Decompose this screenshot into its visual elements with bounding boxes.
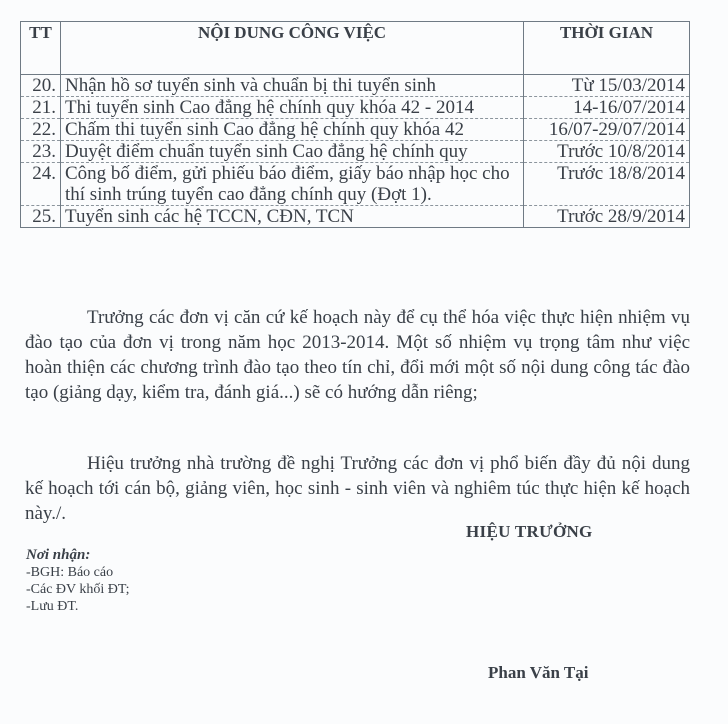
row-content: Duyệt điểm chuẩn tuyển sinh Cao đẳng hệ … [61, 141, 524, 163]
row-number: 20. [21, 75, 61, 97]
row-content: Thi tuyển sinh Cao đẳng hệ chính quy khó… [61, 97, 524, 119]
row-number: 21. [21, 97, 61, 119]
schedule-table: TT NỘI DUNG CÔNG VIỆC THỜI GIAN 20. Nhận… [20, 21, 690, 228]
header-time: THỜI GIAN [524, 22, 690, 75]
row-number: 25. [21, 206, 61, 228]
header-content: NỘI DUNG CÔNG VIỆC [61, 22, 524, 75]
row-time: 14-16/07/2014 [524, 97, 690, 119]
row-content: Chấm thi tuyển sinh Cao đẳng hệ chính qu… [61, 119, 524, 141]
recipient-item: -Các ĐV khối ĐT; [26, 581, 130, 598]
row-time: Trước 28/9/2014 [524, 206, 690, 228]
row-content: Công bố điểm, gửi phiếu báo điểm, giấy b… [61, 163, 524, 206]
body-paragraph-1: Trưởng các đơn vị căn cứ kế hoạch này để… [25, 305, 690, 405]
recipients-label: Nơi nhận: [26, 547, 130, 564]
table-row: 20. Nhận hồ sơ tuyển sinh và chuẩn bị th… [21, 75, 690, 97]
recipient-item: -BGH: Báo cáo [26, 564, 130, 581]
body-paragraph-2: Hiệu trưởng nhà trường đề nghị Trưởng cá… [25, 451, 690, 526]
table-header-row: TT NỘI DUNG CÔNG VIỆC THỜI GIAN [21, 22, 690, 75]
row-time: Trước 10/8/2014 [524, 141, 690, 163]
row-time: 16/07-29/07/2014 [524, 119, 690, 141]
document-page: TT NỘI DUNG CÔNG VIỆC THỜI GIAN 20. Nhận… [0, 0, 728, 724]
table-row: 23. Duyệt điểm chuẩn tuyển sinh Cao đẳng… [21, 141, 690, 163]
row-number: 24. [21, 163, 61, 206]
row-number: 23. [21, 141, 61, 163]
recipients-block: Nơi nhận: -BGH: Báo cáo -Các ĐV khối ĐT;… [26, 547, 130, 615]
row-time: Trước 18/8/2014 [524, 163, 690, 206]
row-time: Từ 15/03/2014 [524, 75, 690, 97]
table-row: 21. Thi tuyển sinh Cao đẳng hệ chính quy… [21, 97, 690, 119]
signature-title: HIỆU TRƯỞNG [466, 522, 593, 542]
signer-name: Phan Văn Tại [488, 663, 588, 683]
row-content: Tuyển sinh các hệ TCCN, CĐN, TCN [61, 206, 524, 228]
table-row: 24. Công bố điểm, gửi phiếu báo điểm, gi… [21, 163, 690, 206]
table-row: 22. Chấm thi tuyển sinh Cao đẳng hệ chín… [21, 119, 690, 141]
recipient-item: -Lưu ĐT. [26, 598, 130, 615]
row-content: Nhận hồ sơ tuyển sinh và chuẩn bị thi tu… [61, 75, 524, 97]
row-number: 22. [21, 119, 61, 141]
table-row: 25. Tuyển sinh các hệ TCCN, CĐN, TCN Trư… [21, 206, 690, 228]
header-tt: TT [21, 22, 61, 75]
